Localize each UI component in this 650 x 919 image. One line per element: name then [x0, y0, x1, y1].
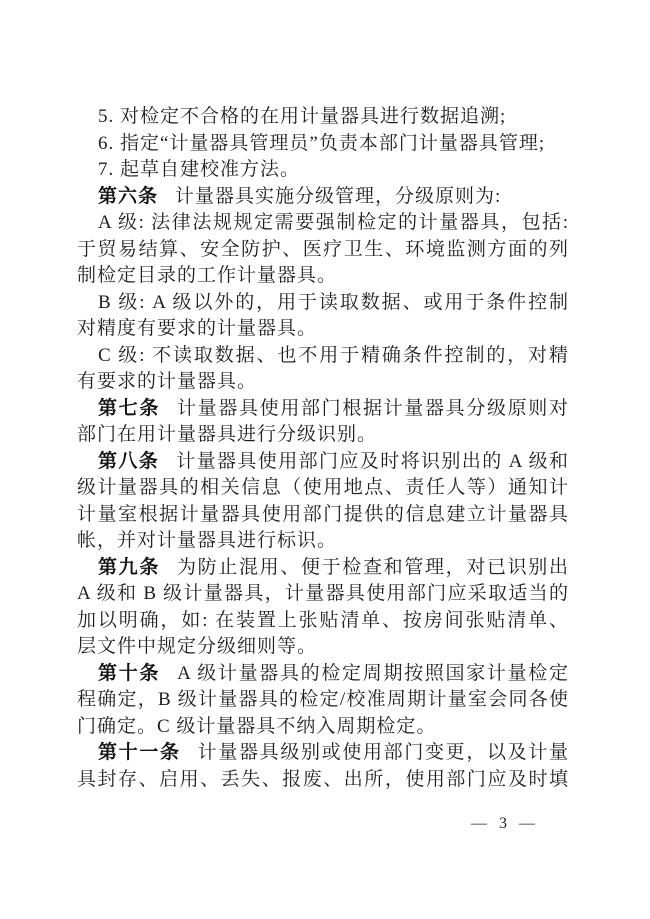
- text-line: 6. 指定“计量器具管理员”负责本部门计量器具管理;: [77, 131, 569, 158]
- text-line: 第六条计量器具实施分级管理，分级原则为:: [77, 184, 569, 211]
- text-line: A 级: 法律法规规定需要强制检定的计量器具，包括: 用: [77, 210, 569, 237]
- text-line: 于贸易结算、安全防护、医疗卫生、环境监测方面的列入强: [77, 237, 569, 264]
- text-line: 部门在用计量器具进行分级识别。: [77, 422, 569, 449]
- page-number: — 3 —: [445, 814, 565, 834]
- text-line: 加以明确，如: 在装置上张贴清单、按房间张贴清单、在三: [77, 608, 569, 635]
- text-line: 第十一条计量器具级别或使用部门变更，以及计量器: [77, 740, 569, 767]
- text-line: 第十条A 级计量器具的检定周期按照国家计量检定规: [77, 661, 569, 688]
- document-body: 5. 对检定不合格的在用计量器具进行数据追溯; 6. 指定“计量器具管理员”负责…: [77, 104, 569, 793]
- text-line: 级计量器具的相关信息（使用地点、责任人等）通知计量室。: [77, 475, 569, 502]
- text-line: 层文件中规定分级细则等。: [77, 634, 569, 661]
- article-heading: 第十条: [98, 663, 160, 684]
- text-line: 帐，并对计量器具进行标识。: [77, 528, 569, 555]
- text-line: 第八条计量器具使用部门应及时将识别出的 A 级和 B: [77, 449, 569, 476]
- document-page: 5. 对检定不合格的在用计量器具进行数据追溯; 6. 指定“计量器具管理员”负责…: [0, 0, 650, 919]
- article-heading: 第十一条: [98, 742, 181, 763]
- article-heading: 第六条: [98, 186, 158, 207]
- article-heading: 第七条: [98, 398, 160, 419]
- text-line: B 级: A 级以外的，用于读取数据、或用于条件控制的，: [77, 290, 569, 317]
- article-heading: 第八条: [98, 451, 159, 472]
- text-line: 具封存、启用、丢失、报废、出所，使用部门应及时填写“计: [77, 767, 569, 794]
- text-line: 门确定。C 级计量器具不纳入周期检定。: [77, 714, 569, 741]
- text-line: 对精度有要求的计量器具。: [77, 316, 569, 343]
- line-text: 计量器具实施分级管理，分级原则为:: [175, 186, 501, 207]
- line-text: A 级计量器具的检定周期按照国家计量检定规: [98, 663, 569, 688]
- text-line: 有要求的计量器具。: [77, 369, 569, 396]
- text-line: A 级和 B 级计量器具，计量器具使用部门应采取适当的方式: [77, 581, 569, 608]
- text-line: 制检定目录的工作计量器具。: [77, 263, 569, 290]
- text-line: 第七条计量器具使用部门根据计量器具分级原则对本: [77, 396, 569, 423]
- line-text: 计量器具使用部门应及时将识别出的 A 级和 B: [98, 451, 569, 476]
- text-line: C 级: 不读取数据、也不用于精确条件控制的，对精度没: [77, 343, 569, 370]
- text-line: 计量室根据计量器具使用部门提供的信息建立计量器具台: [77, 502, 569, 529]
- line-text: 为防止混用、便于检查和管理，对已识别出的: [98, 557, 569, 582]
- text-line: 5. 对检定不合格的在用计量器具进行数据追溯;: [77, 104, 569, 131]
- text-line: 7. 起草自建校准方法。: [77, 157, 569, 184]
- article-heading: 第九条: [98, 557, 160, 578]
- text-line: 程确定，B 级计量器具的检定/校准周期计量室会同各使用部: [77, 687, 569, 714]
- text-line: 第九条为防止混用、便于检查和管理，对已识别出的: [77, 555, 569, 582]
- line-text: 计量器具使用部门根据计量器具分级原则对本: [98, 398, 569, 423]
